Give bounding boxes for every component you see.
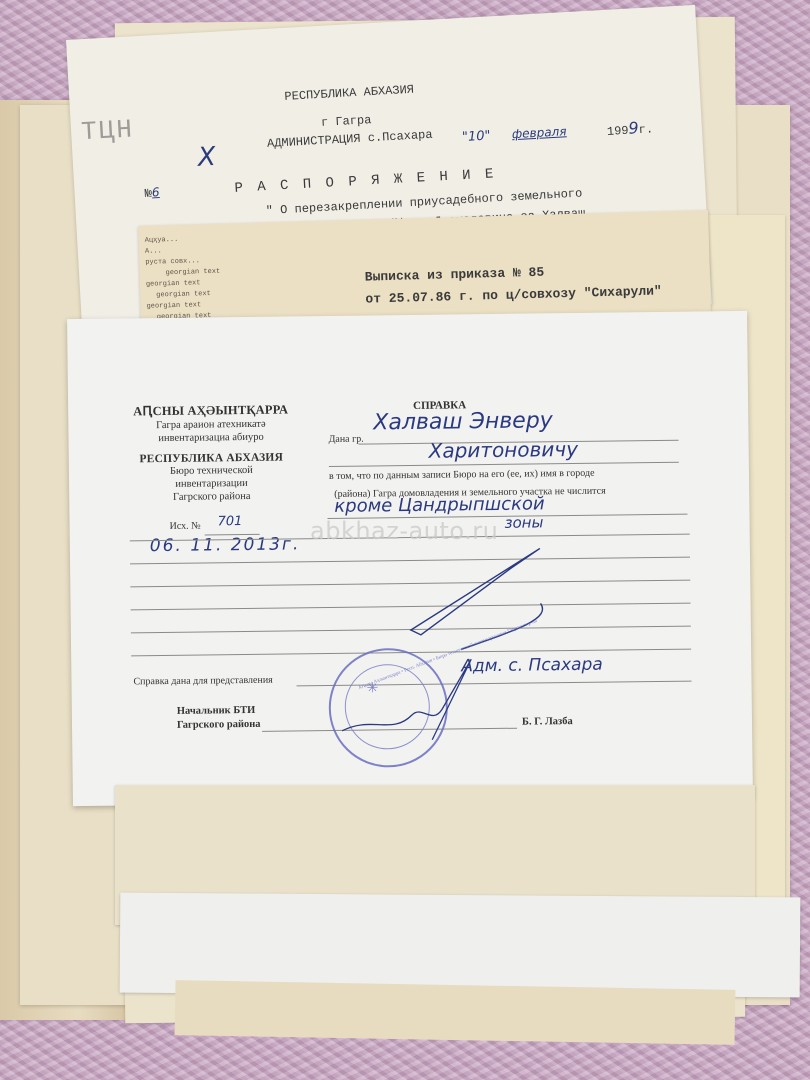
signature-scribble-icon	[331, 654, 482, 746]
order-date-year: 1999г.	[606, 117, 653, 139]
date-day-hand: "10"	[462, 128, 491, 145]
issuer-ru-title: РЕСПУБЛИКА АБХАЗИЯ	[129, 451, 294, 465]
watermark-text: abkhaz-auto.ru	[310, 517, 498, 545]
issuer-abkhaz-line2: инвентаризациа абиуро	[128, 430, 293, 445]
year-typed: 199	[607, 124, 629, 139]
aged-sheet-bottom	[175, 980, 736, 1045]
order-title: Р А С П О Р Я Ж Е Н И Е	[234, 166, 497, 197]
order-number: №6	[144, 185, 160, 201]
order-date-day: "10"	[462, 128, 491, 145]
presented-label: Справка дана для представления	[133, 675, 272, 688]
outgoing-number-hand: 701	[217, 514, 242, 529]
signatory-name: Б. Г. Лазба	[522, 716, 573, 728]
issued-to-hand-line2: Харитоновичу	[429, 437, 579, 463]
order-header-city: г Гагра	[321, 113, 372, 130]
certificate-body-line1: в том, что по данным записи Бюро на его …	[329, 468, 595, 482]
number-hand: 6	[151, 185, 159, 199]
ink-stamp-mark: ТЦН	[80, 114, 134, 147]
outgoing-number-label: Исх. №	[170, 521, 201, 532]
order-header-admin: АДМИНИСТРАЦИЯ с.Псахара	[267, 128, 433, 151]
signatory-title1: Начальник БТИ	[177, 705, 256, 717]
order-header-republic: РЕСПУБЛИКА АБХАЗИЯ	[284, 83, 414, 104]
presented-hand: Адм. с. Псахара	[461, 655, 603, 677]
extract-title-line1: Выписка из приказа № 85	[365, 265, 545, 285]
issuer-ru-line3: Гагрского района	[129, 489, 294, 504]
certificate-document: АԤСНЫ АҲӘЫНТҚАРРА Гагра араион атехникат…	[67, 311, 753, 806]
issuer-abkhaz-title: АԤСНЫ АҲӘЫНТҚАРРА	[128, 401, 293, 419]
signatory-title2: Гагрского района	[177, 719, 261, 731]
order-date-month: февраля	[512, 124, 567, 141]
issued-to-hand-line1: Халваш Энверу	[373, 408, 553, 435]
year-hand: 9	[628, 118, 639, 138]
issued-to-line2	[329, 462, 679, 467]
year-suffix: г.	[638, 122, 653, 137]
handwritten-margin-mark: Х	[197, 142, 216, 173]
issuer-block: АԤСНЫ АҲӘЫНТҚАРРА Гагра араион атехникат…	[128, 401, 294, 504]
extract-title-line2: от 25.07.86 г. по ц/совхозу "Сихарули"	[365, 283, 662, 306]
faded-stamp-text: Ацҳуа... А... руста совх... georgian tex…	[145, 232, 267, 323]
